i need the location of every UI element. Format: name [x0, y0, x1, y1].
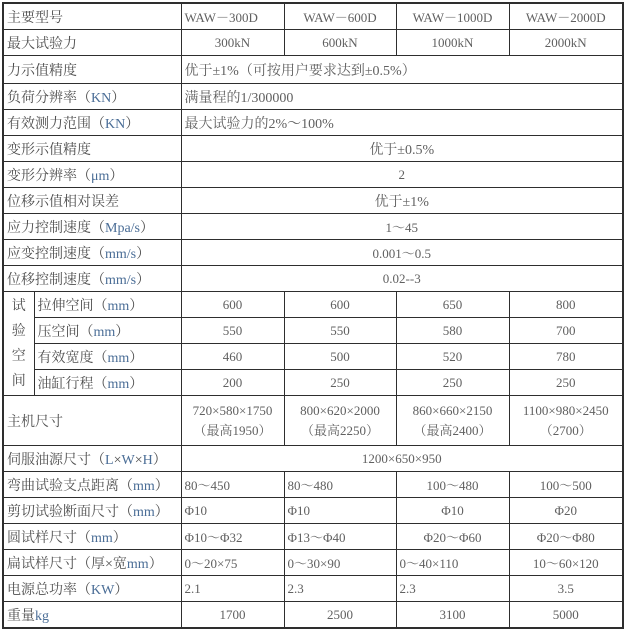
row-label: 电源总功率（KW）: [3, 576, 181, 602]
spec-cell: 600: [284, 292, 396, 318]
row-label: 油缸行程（mm）: [34, 370, 181, 396]
spec-cell: 800×620×2000 （最高2250）: [284, 396, 396, 446]
spec-cell-span: 2: [181, 162, 623, 188]
spec-cell-span: 最大试验力的2%～100%: [181, 110, 623, 136]
row-total-power: 电源总功率（KW） 2.1 2.3 2.3 3.5: [3, 576, 623, 602]
spec-cell: 2500: [284, 602, 396, 629]
row-label: 最大试验力: [3, 30, 181, 56]
spec-cell-span: 优于±1%: [181, 188, 623, 214]
spec-cell: 3.5: [509, 576, 623, 602]
row-strain-control-speed: 应变控制速度（mm/s） 0.001～0.5: [3, 240, 623, 266]
row-label: 应变控制速度（mm/s）: [3, 240, 181, 266]
spec-cell: WAW－1000D: [396, 3, 509, 30]
machine-size-line2: （最高2250）: [285, 421, 396, 441]
machine-size-line1: 720×580×1750: [182, 401, 284, 421]
spec-cell: Φ10～Φ32: [181, 524, 284, 550]
spec-cell: 860×660×2150 （最高2400）: [396, 396, 509, 446]
spec-cell: Φ13～Φ40: [284, 524, 396, 550]
machine-size-line2: （最高2400）: [397, 421, 509, 441]
row-max-test-force: 最大试验力 300kN 600kN 1000kN 2000kN: [3, 30, 623, 56]
spec-cell: Φ10: [396, 498, 509, 524]
row-label: 扁试样尺寸（厚×宽mm）: [3, 550, 181, 576]
spec-cell: 250: [509, 370, 623, 396]
row-label: 剪切试验断面尺寸（mm）: [3, 498, 181, 524]
row-displacement-error: 位移示值相对误差 优于±1%: [3, 188, 623, 214]
row-label: 主机尺寸: [3, 396, 181, 446]
spec-cell: 580: [396, 318, 509, 344]
spec-cell: 300kN: [181, 30, 284, 56]
spec-cell-span: 满量程的1/300000: [181, 84, 623, 110]
spec-cell: Φ10: [284, 498, 396, 524]
row-main-machine-size: 主机尺寸 720×580×1750 （最高1950） 800×620×2000 …: [3, 396, 623, 446]
row-label: 压空间（mm）: [34, 318, 181, 344]
spec-cell: 0～40×110: [396, 550, 509, 576]
spec-cell: 200: [181, 370, 284, 396]
spec-cell: 600: [181, 292, 284, 318]
spec-cell-span: 1200×650×950: [181, 446, 623, 472]
spec-cell: 1100×980×2450 （2700）: [509, 396, 623, 446]
spec-cell-span: 0.001～0.5: [181, 240, 623, 266]
spec-cell: Φ10: [181, 498, 284, 524]
spec-table: 主要型号 WAW－300D WAW－600D WAW－1000D WAW－200…: [2, 2, 624, 629]
machine-size-line1: 1100×980×2450: [510, 401, 623, 421]
row-deform-accuracy: 变形示值精度 优于±0.5%: [3, 136, 623, 162]
spec-cell: 800: [509, 292, 623, 318]
row-label: 变形分辨率（μm）: [3, 162, 181, 188]
spec-cell: 3100: [396, 602, 509, 629]
spec-cell: 0～30×90: [284, 550, 396, 576]
spec-cell: 600kN: [284, 30, 396, 56]
row-main-model: 主要型号 WAW－300D WAW－600D WAW－1000D WAW－200…: [3, 3, 623, 30]
row-servo-oil-size: 伺服油源尺寸（L×W×H） 1200×650×950: [3, 446, 623, 472]
row-compression-space: 压空间（mm） 550 550 580 700: [3, 318, 623, 344]
row-shear-size: 剪切试验断面尺寸（mm） Φ10 Φ10 Φ10 Φ20: [3, 498, 623, 524]
row-weight: 重量kg 1700 2500 3100 5000: [3, 602, 623, 629]
machine-size-line1: 860×660×2150: [397, 401, 509, 421]
spec-cell: 650: [396, 292, 509, 318]
row-label: 力示值精度: [3, 56, 181, 84]
row-load-resolution: 负荷分辨率（KN） 满量程的1/300000: [3, 84, 623, 110]
row-force-accuracy: 力示值精度 优于±1%（可按用户要求达到±0.5%）: [3, 56, 623, 84]
row-effective-force-range: 有效测力范围（KN） 最大试验力的2%～100%: [3, 110, 623, 136]
row-round-specimen: 圆试样尺寸（mm） Φ10～Φ32 Φ13～Φ40 Φ20～Φ60 Φ20～Φ8…: [3, 524, 623, 550]
row-label: 位移控制速度（mm/s）: [3, 266, 181, 292]
row-label: 应力控制速度（Mpa/s）: [3, 214, 181, 240]
spec-cell: 80～450: [181, 472, 284, 498]
row-tension-space: 试验空间 拉伸空间（mm） 600 600 650 800: [3, 292, 623, 318]
row-label: 弯曲试验支点距离（mm）: [3, 472, 181, 498]
spec-cell: 1700: [181, 602, 284, 629]
row-label: 位移示值相对误差: [3, 188, 181, 214]
spec-cell: 780: [509, 344, 623, 370]
spec-cell: 250: [284, 370, 396, 396]
spec-cell: Φ20～Φ60: [396, 524, 509, 550]
row-label: 圆试样尺寸（mm）: [3, 524, 181, 550]
spec-cell: WAW－600D: [284, 3, 396, 30]
machine-size-line2: （最高1950）: [182, 421, 284, 441]
spec-cell: 10～60×120: [509, 550, 623, 576]
spec-cell: 80～480: [284, 472, 396, 498]
row-label: 主要型号: [3, 3, 181, 30]
spec-cell: 100～500: [509, 472, 623, 498]
spec-cell-span: 0.02--3: [181, 266, 623, 292]
test-space-group-label: 试验空间: [3, 292, 34, 396]
spec-cell: 2.3: [396, 576, 509, 602]
spec-cell: WAW－300D: [181, 3, 284, 30]
row-effective-width: 有效宽度（mm） 460 500 520 780: [3, 344, 623, 370]
spec-cell: 100～480: [396, 472, 509, 498]
spec-cell: 700: [509, 318, 623, 344]
spec-cell: 500: [284, 344, 396, 370]
spec-cell: 0～20×75: [181, 550, 284, 576]
spec-cell: 5000: [509, 602, 623, 629]
spec-cell: 2.3: [284, 576, 396, 602]
page: 主要型号 WAW－300D WAW－600D WAW－1000D WAW－200…: [0, 0, 628, 609]
spec-cell: 2.1: [181, 576, 284, 602]
machine-size-line2: （2700）: [510, 421, 623, 441]
spec-cell: 550: [284, 318, 396, 344]
spec-cell: 520: [396, 344, 509, 370]
spec-cell-span: 优于±0.5%: [181, 136, 623, 162]
spec-cell: 720×580×1750 （最高1950）: [181, 396, 284, 446]
row-stress-control-speed: 应力控制速度（Mpa/s） 1～45: [3, 214, 623, 240]
row-displacement-control-speed: 位移控制速度（mm/s） 0.02--3: [3, 266, 623, 292]
row-bend-span: 弯曲试验支点距离（mm） 80～450 80～480 100～480 100～5…: [3, 472, 623, 498]
row-flat-specimen: 扁试样尺寸（厚×宽mm） 0～20×75 0～30×90 0～40×110 10…: [3, 550, 623, 576]
row-label: 伺服油源尺寸（L×W×H）: [3, 446, 181, 472]
spec-cell: WAW－2000D: [509, 3, 623, 30]
row-deform-resolution: 变形分辨率（μm） 2: [3, 162, 623, 188]
spec-cell-span: 优于±1%（可按用户要求达到±0.5%）: [181, 56, 623, 84]
spec-cell: 460: [181, 344, 284, 370]
spec-cell: 550: [181, 318, 284, 344]
row-label: 有效宽度（mm）: [34, 344, 181, 370]
machine-size-line1: 800×620×2000: [285, 401, 396, 421]
spec-cell: 250: [396, 370, 509, 396]
spec-cell: 1000kN: [396, 30, 509, 56]
row-label: 变形示值精度: [3, 136, 181, 162]
row-label: 负荷分辨率（KN）: [3, 84, 181, 110]
spec-cell: Φ20: [509, 498, 623, 524]
spec-cell: 2000kN: [509, 30, 623, 56]
row-label: 有效测力范围（KN）: [3, 110, 181, 136]
row-piston-stroke: 油缸行程（mm） 200 250 250 250: [3, 370, 623, 396]
row-label: 拉伸空间（mm）: [34, 292, 181, 318]
spec-cell: Φ20～Φ80: [509, 524, 623, 550]
row-label: 重量kg: [3, 602, 181, 629]
spec-cell-span: 1～45: [181, 214, 623, 240]
